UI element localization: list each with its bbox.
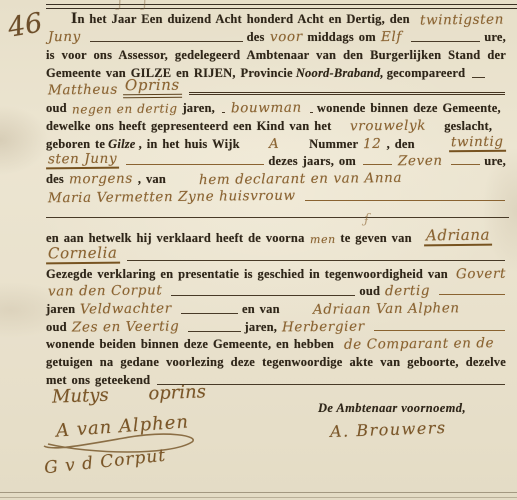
printed-text: ure, (484, 30, 506, 45)
printed-text: en van (242, 302, 280, 317)
act-line-6: oud negen en dertig jaren, bouwman wonen… (46, 98, 509, 116)
signature-official: A. Brouwers (330, 418, 447, 441)
act-line-13: Cornelia (46, 246, 509, 264)
printed-text: getuigen na gedane voorlezing deze tegen… (46, 355, 506, 370)
inked-blank-line (189, 91, 505, 95)
act-line-7: dewelke ons heeft gepresenteerd een Kind… (46, 116, 509, 134)
handwritten-witness1-occupation: Veldwachter (78, 300, 174, 317)
blank-line (127, 259, 505, 261)
top-double-rule (46, 4, 517, 9)
act-line-10: des morgens , van hem declarant en van A… (46, 169, 509, 187)
handwritten-birthday: twintig (449, 133, 506, 152)
handwritten-gender: vrouwelyk (348, 117, 428, 134)
blank-line (181, 312, 238, 314)
printed-text: dezes jaars, om (268, 154, 356, 169)
handwritten-men: men (307, 233, 337, 246)
act-line-11: Maria Vermetten Zyne huisvrouw (46, 187, 509, 205)
blank-line (188, 330, 240, 332)
printed-text: , van (138, 172, 166, 187)
handwritten-declarant-lastname: Oprins (123, 76, 182, 99)
printed-text: dewelke ons heeft gepresenteerd een Kind… (46, 119, 331, 134)
act-line-18: wonende beiden binnen deze Gemeente, en … (46, 335, 509, 353)
handwritten-daypart: morgens (67, 171, 135, 188)
act-line-14: Gezegde verklaring en presentatie is ges… (46, 264, 509, 282)
section-divider-line (46, 212, 509, 220)
act-line-2: Juny des voor middags om Elf ure, (46, 28, 509, 46)
printed-text: is voor ons Assessor, gedelegeerd Ambten… (46, 48, 506, 63)
handwritten-parents: hem declarant en van Anna (197, 170, 404, 188)
blank-line (171, 294, 355, 296)
blank-line (90, 40, 243, 42)
handwritten-witness2-name: Adriaan Van Alphen (311, 300, 462, 318)
printed-text: middags om (307, 30, 375, 45)
printed-text: wonende binnen deze Gemeente, (317, 101, 501, 116)
printed-text: jaren, (182, 101, 215, 116)
printed-text: des (247, 30, 265, 45)
printed-text: geslacht, (444, 119, 492, 134)
handwritten-dash (363, 163, 392, 165)
printed-text: , in het huis Wijk (139, 137, 240, 152)
act-body: In het Jaar Een duizend Acht honderd Ach… (46, 10, 509, 388)
printed-text: des (46, 172, 64, 187)
printed-text: gecompareerd (387, 66, 466, 81)
printed-text: geboren te (46, 137, 105, 152)
printed-text: In het Jaar Een duizend Acht honderd Ach… (71, 10, 410, 28)
act-line-4: Gemeente van GILZE en RIJEN, Provincie N… (46, 63, 509, 81)
printed-text: oud (46, 101, 67, 116)
handwritten-witness1-firstname: Govert (454, 265, 508, 282)
printed-text: jaren, (245, 320, 278, 335)
next-record-top-rule (0, 492, 517, 498)
handwritten-witness1-age: dertig (383, 283, 432, 300)
act-line-15: van den Corput oud dertig (46, 282, 509, 300)
handwritten-housenumber: 12 (361, 135, 384, 151)
handwritten-child-name-2: Cornelia (46, 244, 120, 265)
handwritten-birthday-cont: sten Juny (46, 151, 119, 170)
printed-text: ure, (484, 154, 506, 169)
handwritten-witness2-occupation: Herbergier (280, 318, 367, 335)
stray-pen-stroke: ʄ (364, 212, 369, 227)
act-line-5: Mattheus Oprins (46, 81, 509, 99)
handwritten-voor: voor (268, 29, 305, 45)
handwritten-dash (126, 163, 264, 165)
printed-text: oud (46, 320, 67, 335)
act-line-9: sten Juny dezes jaars, om Zeven ure, (46, 152, 509, 170)
handwritten-dash (439, 293, 505, 295)
handwritten-month: Juny (46, 29, 83, 45)
blank-line (222, 111, 225, 113)
printed-text: Nummer (309, 137, 358, 152)
handwritten-dash (374, 329, 505, 331)
blank-line (472, 76, 485, 78)
printed-text: oud (359, 284, 380, 299)
act-line-19: getuigen na gedane voorlezing deze tegen… (46, 352, 509, 370)
printed-text-italic: Gilze (108, 137, 135, 152)
handwritten-wijk: A (267, 135, 282, 151)
printed-text: , den (387, 137, 415, 152)
handwritten-day: twintigsten (418, 11, 506, 28)
handwritten-occupation: bouwman (228, 100, 303, 117)
blank-line (46, 216, 509, 218)
handwritten-child-name-1: Adriana (424, 226, 492, 247)
printed-text: te geven van (340, 231, 411, 246)
handwritten-mother: Maria Vermetten Zyne huisvrouw (46, 187, 298, 206)
handwritten-comparant-note: de Comparant en de (342, 336, 496, 354)
handwritten-age: negen en dertig (70, 102, 180, 117)
official-title-printed: De Ambtenaar voornoemd, (318, 401, 466, 416)
birth-certificate-scan: ʃ ʃ 46 In het Jaar Een duizend Acht hond… (0, 0, 517, 500)
record-number: 46 (6, 7, 45, 43)
handwritten-declarant-firstname: Mattheus (46, 82, 120, 99)
printed-text: jaren (46, 302, 75, 317)
handwritten-dash (451, 163, 480, 165)
printed-text: wonende beiden binnen deze Gemeente, en … (46, 337, 334, 352)
blank-line (157, 383, 505, 385)
blank-line (310, 111, 313, 113)
act-line-3: is voor ons Assessor, gedelegeerd Ambten… (46, 45, 509, 63)
printed-text: Gezegde verklaring en presentatie is ges… (46, 267, 448, 282)
act-line-8: geboren te Gilze , in het huis Wijk A Nu… (46, 134, 509, 152)
act-line-16: jaren Veldwachter en van Adriaan Van Alp… (46, 299, 509, 317)
act-line-1: In het Jaar Een duizend Acht honderd Ach… (46, 10, 509, 28)
printed-text-italic: Noord-Braband, (296, 66, 384, 81)
handwritten-birth-hour: Zeven (396, 153, 445, 170)
act-line-17: oud Zes en Veertig jaren, Herbergier (46, 317, 509, 335)
handwritten-witness2-age: Zes en Veertig (70, 318, 181, 335)
signature-declarant: Mutys oprins (52, 381, 207, 407)
handwritten-hour: Elf (379, 29, 404, 45)
blank-line (411, 40, 480, 42)
handwritten-witness1-lastname: van den Corput (46, 283, 165, 300)
handwritten-dash (305, 199, 505, 201)
